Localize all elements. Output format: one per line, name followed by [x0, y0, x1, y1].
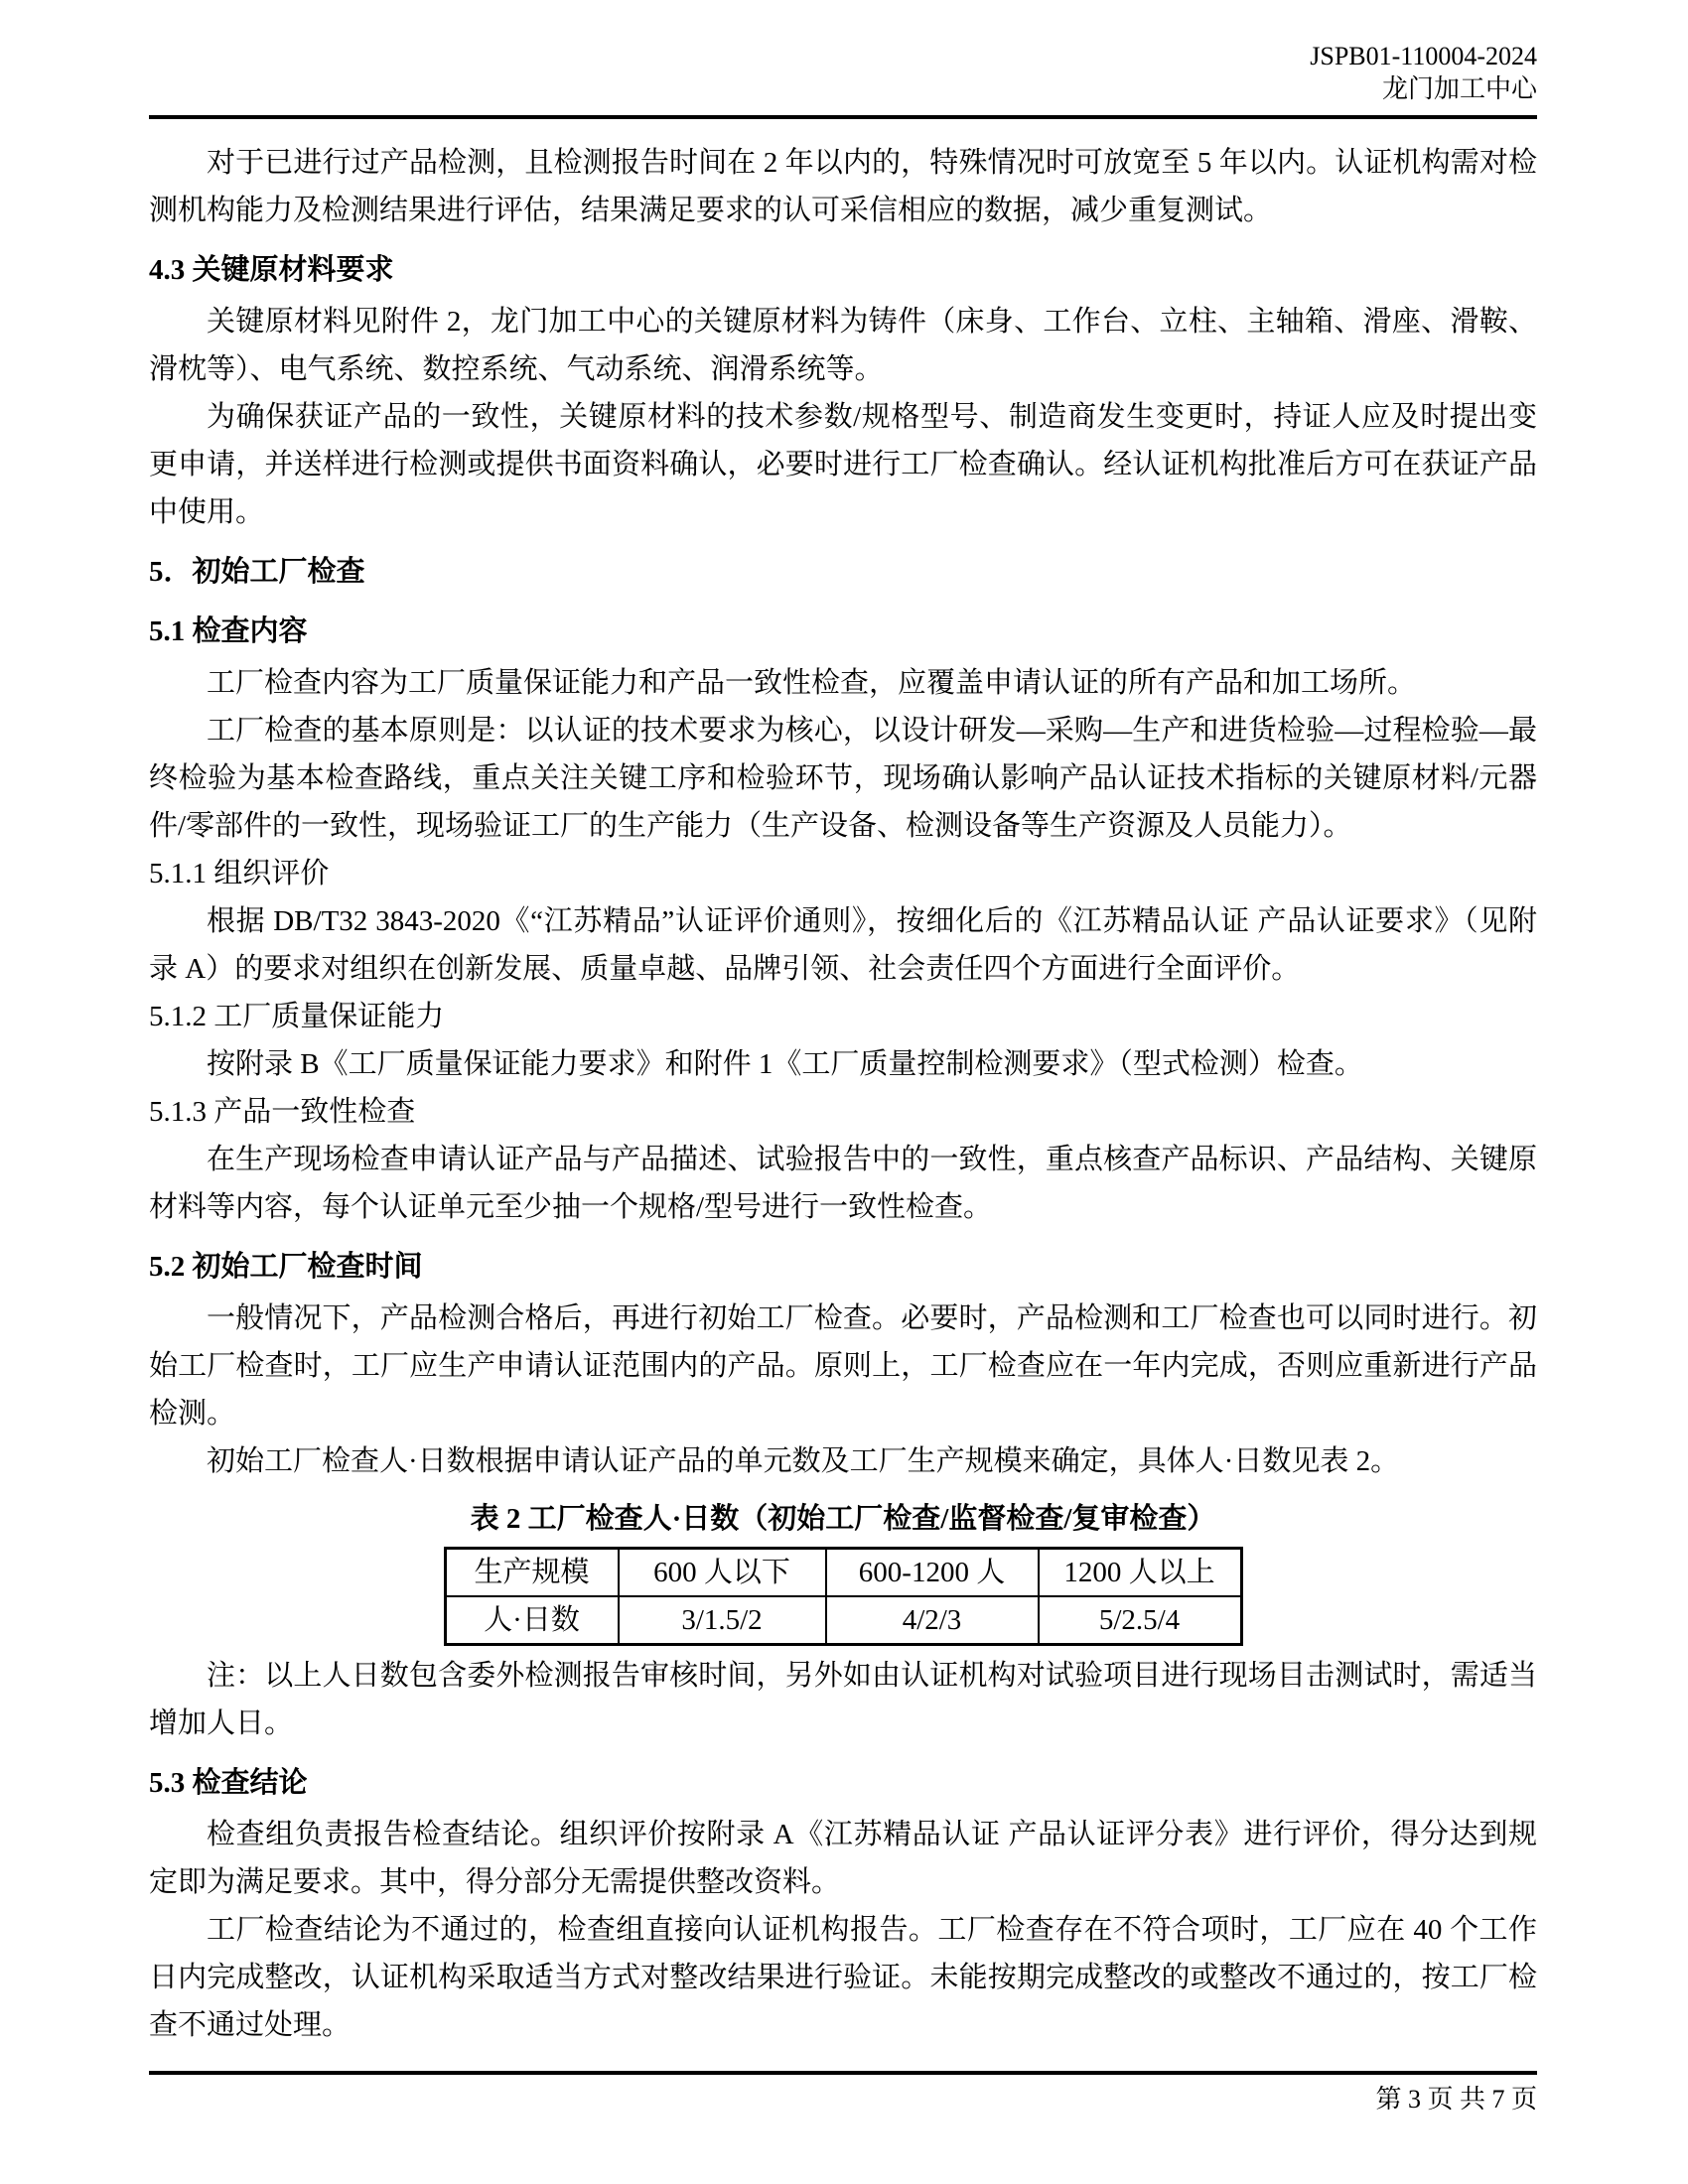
section-heading-5-2: 5.2 初始工厂检查时间: [149, 1243, 1537, 1291]
table-data-row: 人·日数 3/1.5/2 4/2/3 5/2.5/4: [445, 1596, 1241, 1645]
paragraph-inspection-principle: 工厂检查的基本原则是：以认证的技术要求为核心，以设计研发—采购—生产和进货检验—…: [149, 707, 1537, 850]
paragraph-inspection-scope: 工厂检查内容为工厂质量保证能力和产品一致性检查，应覆盖申请认证的所有产品和加工场…: [149, 659, 1537, 707]
paragraph-note: 注：以上人日数包含委外检测报告审核时间，另外如由认证机构对试验项目进行现场目击测…: [149, 1652, 1537, 1747]
document-page: JSPB01-110004-2024 龙门加工中心 对于已进行过产品检测，且检测…: [0, 0, 1688, 2184]
table-cell-days-600-1200: 4/2/3: [826, 1596, 1039, 1645]
subsection-heading-5-1-1: 5.1.1 组织评价: [149, 850, 1537, 897]
table-2-title: 表 2 工厂检查人·日数（初始工厂检查/监督检查/复审检查）: [149, 1495, 1537, 1543]
subsection-heading-5-1-2: 5.1.2 工厂质量保证能力: [149, 993, 1537, 1040]
page-header: JSPB01-110004-2024 龙门加工中心: [149, 40, 1537, 105]
table-header-cell-scale: 生产规模: [445, 1549, 619, 1597]
paragraph-org-evaluation: 根据 DB/T32 3843-2020《“江苏精品”认证评价通则》，按细化后的《…: [149, 897, 1537, 993]
table-header-cell-600-1200: 600-1200 人: [826, 1549, 1039, 1597]
table-cell-days-under-600: 3/1.5/2: [619, 1596, 826, 1645]
section-heading-4-3: 4.3 关键原材料要求: [149, 246, 1537, 294]
table-header-cell-over-1200: 1200 人以上: [1039, 1549, 1242, 1597]
inspection-man-days-table: 生产规模 600 人以下 600-1200 人 1200 人以上 人·日数 3/…: [444, 1547, 1243, 1646]
document-body: 对于已进行过产品检测，且检测报告时间在 2 年以内的，特殊情况时可放宽至 5 年…: [149, 139, 1537, 2049]
paragraph-inspection-time: 一般情况下，产品检测合格后，再进行初始工厂检查。必要时，产品检测和工厂检查也可以…: [149, 1295, 1537, 1437]
page-number: 第 3 页 共 7 页: [1375, 2085, 1537, 2114]
table-cell-man-days-label: 人·日数: [445, 1596, 619, 1645]
paragraph-consistency-check: 在生产现场检查申请认证产品与产品描述、试验报告中的一致性，重点核查产品标识、产品…: [149, 1136, 1537, 1231]
page-footer: 第 3 页 共 7 页: [149, 2071, 1537, 2116]
paragraph-man-days: 初始工厂检查人·日数根据申请认证产品的单元数及工厂生产规模来确定，具体人·日数见…: [149, 1437, 1537, 1485]
table-header-row: 生产规模 600 人以下 600-1200 人 1200 人以上: [445, 1549, 1241, 1597]
paragraph-conclusion-fail: 工厂检查结论为不通过的，检查组直接向认证机构报告。工厂检查存在不符合项时，工厂应…: [149, 1906, 1537, 2049]
paragraph-key-materials: 关键原材料见附件 2，龙门加工中心的关键原材料为铸件（床身、工作台、立柱、主轴箱…: [149, 298, 1537, 393]
section-heading-5-3: 5.3 检查结论: [149, 1759, 1537, 1807]
paragraph-conclusion-scoring: 检查组负责报告检查结论。组织评价按附录 A《江苏精品认证 产品认证评分表》进行评…: [149, 1811, 1537, 1906]
table-cell-days-over-1200: 5/2.5/4: [1039, 1596, 1242, 1645]
subsection-heading-5-1-3: 5.1.3 产品一致性检查: [149, 1088, 1537, 1136]
paragraph-material-change: 为确保获证产品的一致性，关键原材料的技术参数/规格型号、制造商发生变更时，持证人…: [149, 393, 1537, 536]
section-heading-5: 5．初始工厂检查: [149, 548, 1537, 596]
section-heading-5-1: 5.1 检查内容: [149, 608, 1537, 655]
header-rule: [149, 115, 1537, 119]
table-header-cell-under-600: 600 人以下: [619, 1549, 826, 1597]
paragraph-quality-assurance: 按附录 B《工厂质量保证能力要求》和附件 1《工厂质量控制检测要求》（型式检测）…: [149, 1040, 1537, 1088]
paragraph-intro: 对于已进行过产品检测，且检测报告时间在 2 年以内的，特殊情况时可放宽至 5 年…: [149, 139, 1537, 234]
doc-title: 龙门加工中心: [149, 72, 1537, 105]
doc-number: JSPB01-110004-2024: [149, 40, 1537, 72]
